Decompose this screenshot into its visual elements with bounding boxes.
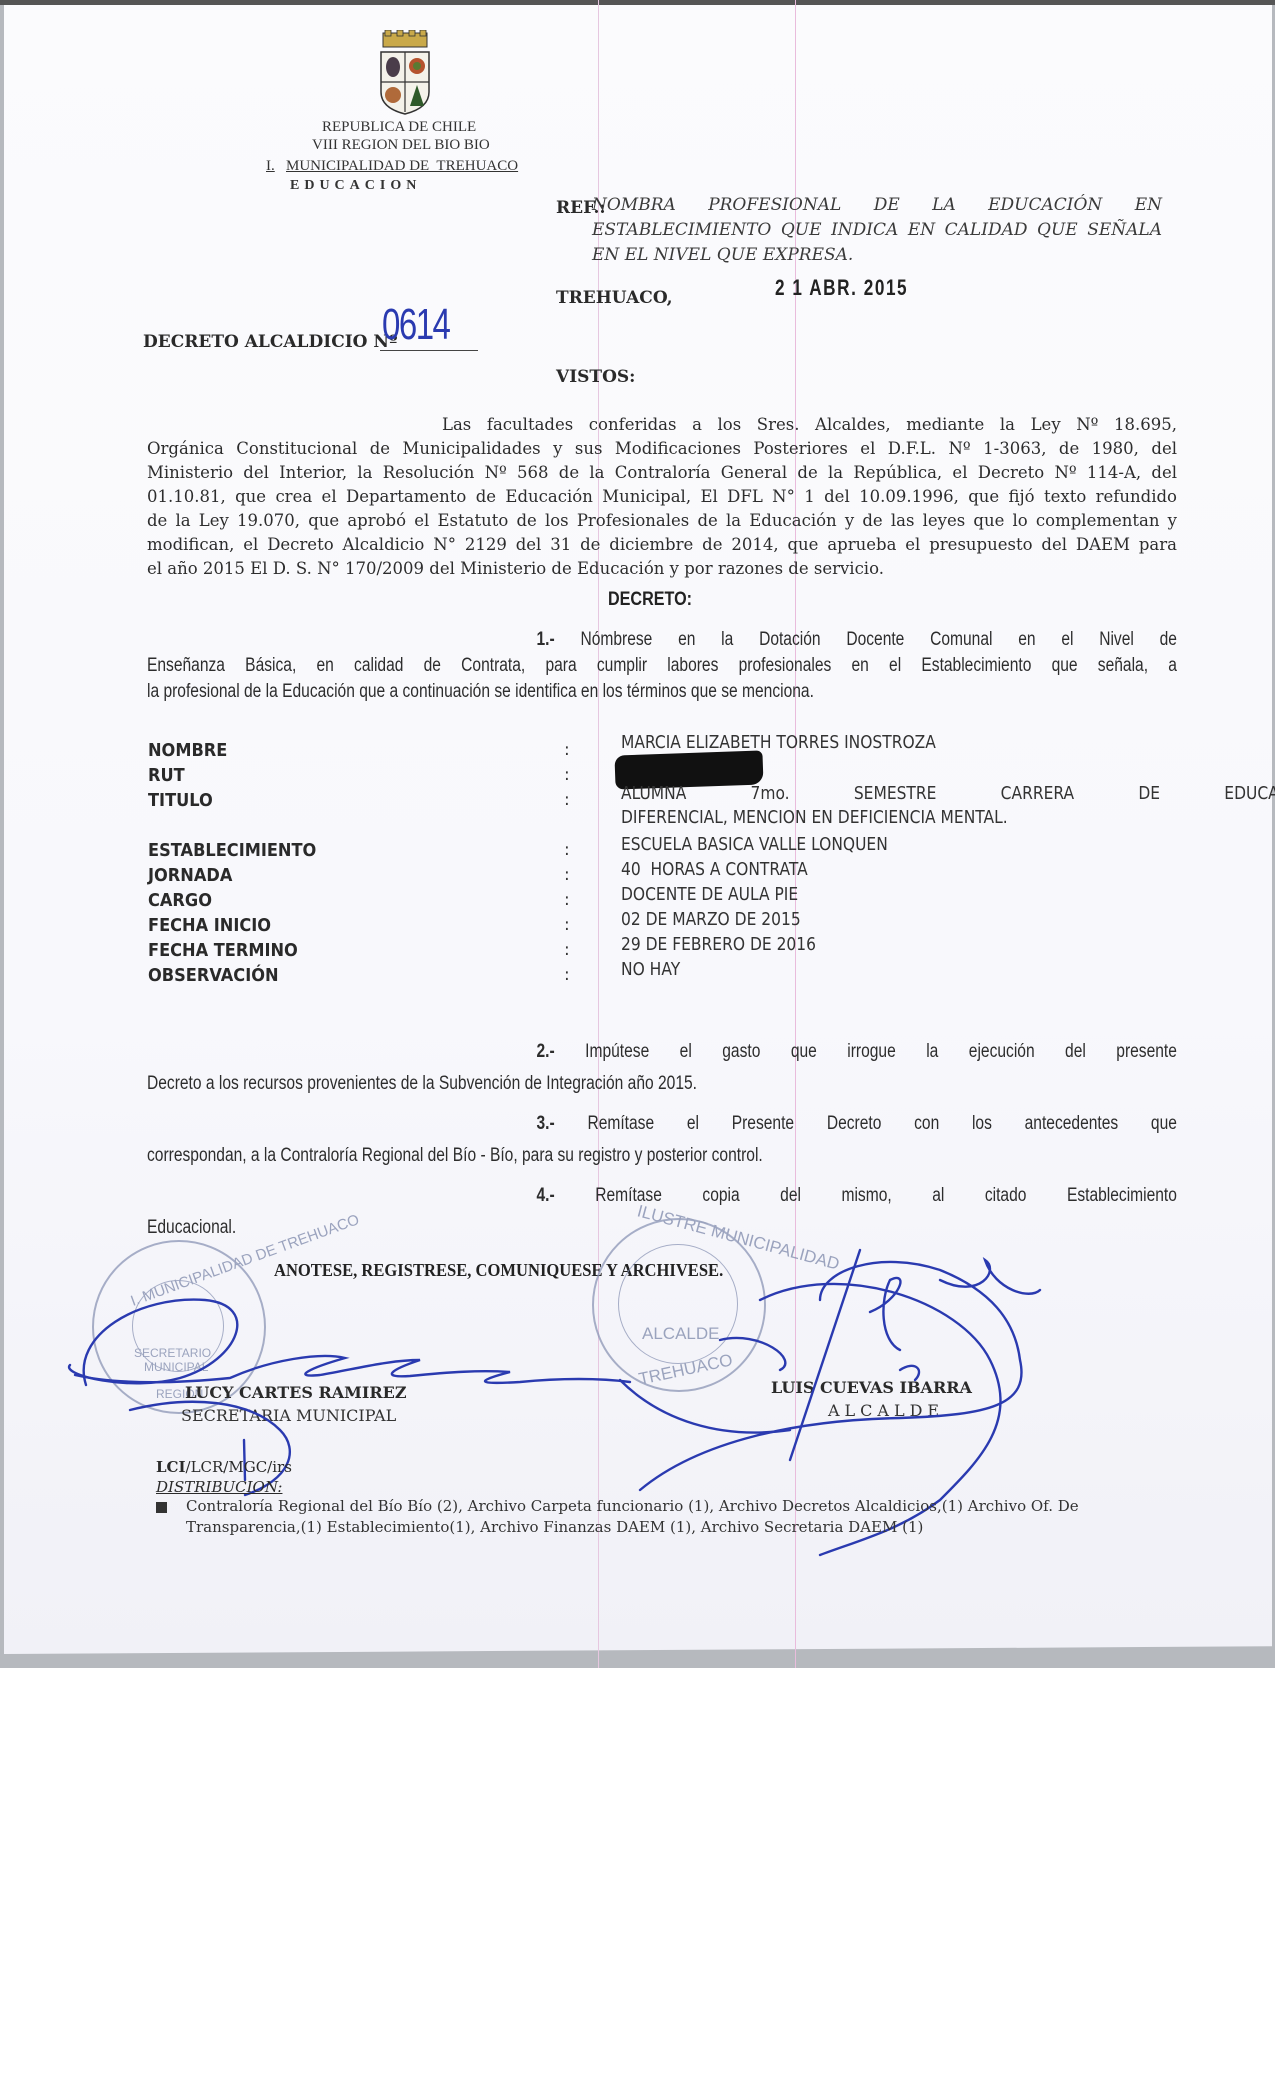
municipality-name: MUNICIPALIDAD DE TREHUACO (286, 158, 518, 174)
field-value: MARCIA ELIZABETH TORRES INOSTROZA (621, 732, 1223, 753)
vistos-line: 01.10.81, que crea el Departamento de Ed… (147, 485, 1177, 509)
field-value: NO HAY (621, 959, 1223, 980)
decree-number-underline (380, 350, 478, 351)
item-number: 4.- (537, 1185, 555, 1206)
item-text: Remítase copia del mismo, al citado Esta… (595, 1185, 1177, 1206)
field-value: 29 DE FEBRERO DE 2016 (621, 934, 1223, 955)
field-colon: : (564, 790, 570, 810)
header-municipality: I. MUNICIPALIDAD DE TREHUACO (266, 158, 518, 175)
decree-item-1: 1.- Nómbrese en la Dotación Docente Comu… (147, 627, 1177, 705)
decree-number-handwritten: 0614 (382, 300, 449, 350)
field-value: ALUMNA 7mo. SEMESTRE CARRERA DE EDUCACIO… (621, 782, 1275, 830)
mayor-role: ALCALDE (828, 1401, 944, 1420)
field-key: TITULO (148, 790, 213, 811)
field-colon: : (564, 740, 570, 760)
field-key: JORNADA (148, 865, 232, 886)
initials-rest: /LCR/MGC/irs (186, 1458, 292, 1476)
field-key: ESTABLECIMIENTO (148, 840, 316, 861)
bullet-square-icon (156, 1502, 167, 1513)
field-colon: : (564, 840, 570, 860)
field-key: NOMBRE (148, 740, 227, 761)
field-row-titulo: TITULO : ALUMNA 7mo. SEMESTRE CARRERA DE… (148, 790, 1178, 815)
field-colon: : (564, 765, 570, 785)
field-colon: : (564, 965, 570, 985)
field-colon: : (564, 865, 570, 885)
field-key: FECHA INICIO (148, 915, 271, 936)
header-department: EDUCACION (290, 178, 421, 194)
vistos-heading: VISTOS: (556, 367, 635, 387)
field-value-line: ALUMNA 7mo. SEMESTRE CARRERA DE EDUCACIO… (621, 782, 1275, 806)
field-key: RUT (148, 765, 185, 786)
ref-line: ESTABLECIMIENTO QUE INDICA EN CALIDAD QU… (592, 218, 1162, 243)
item-number: 3.- (537, 1113, 555, 1134)
field-colon: : (564, 915, 570, 935)
field-value: 02 DE MARZO DE 2015 (621, 909, 1223, 930)
field-row-observacion: OBSERVACIÓN : NO HAY (148, 965, 1178, 990)
field-key: FECHA TERMINO (148, 940, 298, 961)
mayor-name: LUIS CUEVAS IBARRA (771, 1378, 972, 1397)
field-value: ESCUELA BASICA VALLE LONQUEN (621, 834, 1223, 855)
item-text: Remítase el Presente Decreto con los ant… (587, 1113, 1176, 1134)
vistos-line: Ministerio del Interior, la Resolución N… (147, 461, 1177, 485)
secretary-role: SECRETARIA MUNICIPAL (181, 1406, 396, 1425)
header-country: REPUBLICA DE CHILE (322, 119, 476, 136)
vistos-line: el año 2015 El D. S. N° 170/2009 del Min… (147, 557, 1177, 581)
secretary-name: LUCY CARTES RAMIREZ (185, 1383, 407, 1402)
item-text: Nómbrese en la Dotación Docente Comunal … (580, 629, 1176, 650)
decree-item-2: 2.- Impútese el gasto que irrogue la eje… (147, 1033, 1177, 1097)
date-stamp: 2 1 ABR. 2015 (775, 275, 908, 301)
field-key: OBSERVACIÓN (148, 965, 279, 986)
decree-number-label: DECRETO ALCALDICIO Nº (143, 332, 397, 352)
decreto-heading: DECRETO: (608, 589, 692, 611)
municipality-prefix: I. (266, 158, 275, 174)
ref-subject: NOMBRA PROFESIONAL DE LA EDUCACIÓN EN ES… (592, 193, 1162, 268)
vistos-line: modifican, el Decreto Alcaldicio N° 2129… (147, 533, 1177, 557)
decree-item-line: Decreto a los recursos provenientes de l… (147, 1071, 1177, 1097)
vistos-line: Orgánica Constitucional de Municipalidad… (147, 437, 1177, 461)
initials-bold: LCI (156, 1458, 186, 1476)
reference-initials: LCI/LCR/MGC/irs (156, 1458, 292, 1476)
item-number: 2.- (537, 1041, 555, 1062)
decree-item-line: 2.- Impútese el gasto que irrogue la eje… (147, 1033, 1177, 1071)
field-key: CARGO (148, 890, 212, 911)
place-label: TREHUACO, (556, 288, 673, 308)
stamp-center-text: MUNICIPAL (144, 1360, 208, 1374)
distribution-list: Contraloría Regional del Bío Bío (2), Ar… (186, 1496, 1176, 1538)
item-text: Impútese el gasto que irrogue la ejecuci… (585, 1041, 1177, 1062)
mayor-stamp: ILUSTRE MUNICIPALIDAD ALCALDE TREHUACO (592, 1218, 766, 1392)
field-colon: : (564, 940, 570, 960)
distribution-label: DISTRIBUCION: (156, 1478, 282, 1496)
field-value: 40 HORAS A CONTRATA (621, 859, 1223, 880)
scan-top-edge (0, 0, 1275, 5)
field-colon: : (564, 890, 570, 910)
decree-item-line: correspondan, a la Contraloría Regional … (147, 1143, 1177, 1169)
municipal-crest-icon (375, 30, 435, 115)
ref-line: NOMBRA PROFESIONAL DE LA EDUCACIÓN EN (592, 193, 1162, 218)
vistos-line: de la Ley 19.070, que aprobó el Estatuto… (147, 509, 1177, 533)
vistos-line: Las facultades conferidas a los Sres. Al… (147, 413, 1177, 437)
decree-item-line: 1.- Nómbrese en la Dotación Docente Comu… (147, 627, 1177, 653)
header-region: VIII REGION DEL BIO BIO (312, 137, 490, 154)
field-value-line: DIFERENCIAL, MENCION EN DEFICIENCIA MENT… (621, 806, 1275, 830)
stamp-center-text: ALCALDE (642, 1324, 719, 1344)
decree-item-line: 3.- Remítase el Presente Decreto con los… (147, 1105, 1177, 1143)
decree-item-line: la profesional de la Educación que a con… (147, 679, 1177, 705)
decree-item-3: 3.- Remítase el Presente Decreto con los… (147, 1105, 1177, 1169)
item-number: 1.- (537, 629, 555, 650)
stamp-center-text: SECRETARIO (134, 1346, 211, 1360)
field-value: DOCENTE DE AULA PIE (621, 884, 1223, 905)
vistos-paragraph: Las facultades conferidas a los Sres. Al… (147, 413, 1177, 581)
decree-item-line: Enseñanza Básica, en calidad de Contrata… (147, 653, 1177, 679)
ref-line: EN EL NIVEL QUE EXPRESA. (592, 243, 1162, 268)
